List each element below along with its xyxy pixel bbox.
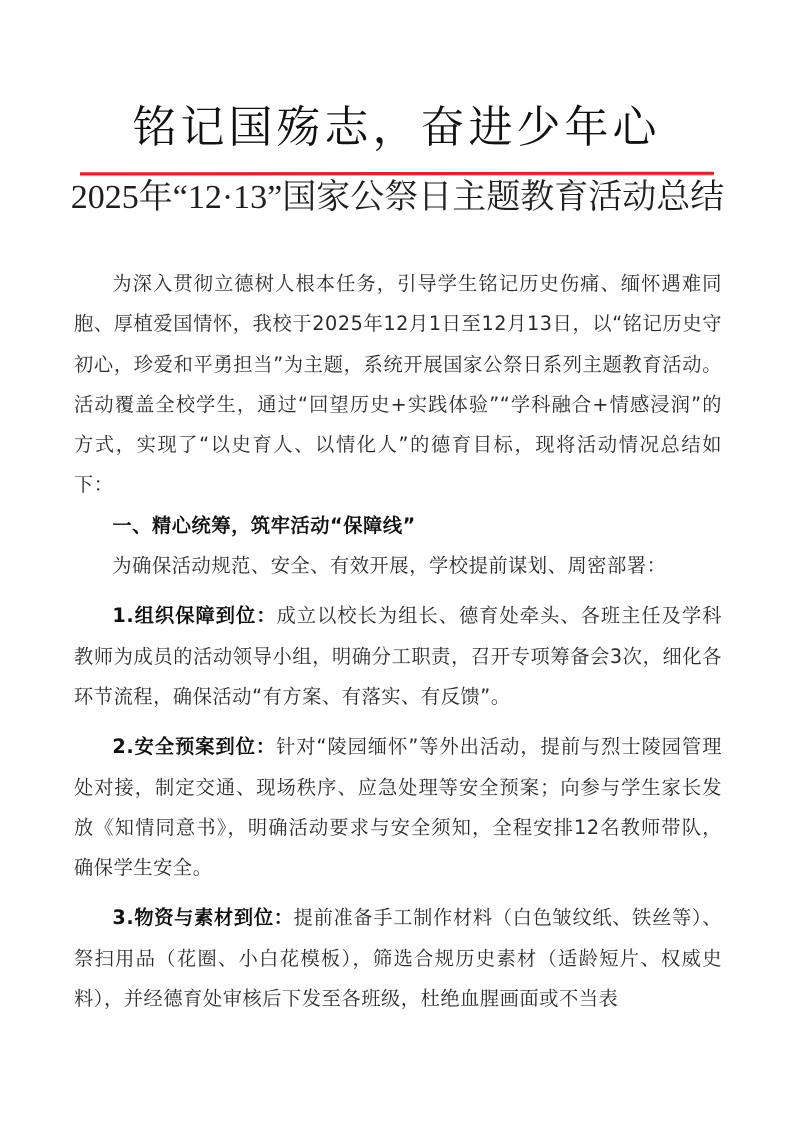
section-1-heading: 一、精心统筹，筑牢活动“保障线” (74, 506, 722, 546)
document-body: 为深入贯彻立德树人根本任务，引导学生铭记历史伤痛、缅怀遇难同胞、厚植爱国情怀，我… (74, 264, 722, 1019)
sub-title: 2025年“12·13”国家公祭日主题教育活动总结 (70, 174, 725, 222)
document-page: 铭记国殇志，奋进少年心 2025年“12·13”国家公祭日主题教育活动总结 为深… (0, 0, 793, 1122)
item-2-lead: 2.安全预案到位： (112, 735, 276, 758)
item-3-paragraph: 3.物资与素材到位：提前准备手工制作材料（白色皱纹纸、铁丝等）、祭扫用品（花圈、… (74, 898, 722, 1019)
section-1-intro: 为确保活动规范、安全、有效开展，学校提前谋划、周密部署： (74, 546, 722, 586)
intro-paragraph: 为深入贯彻立德树人根本任务，引导学生铭记历史伤痛、缅怀遇难同胞、厚植爱国情怀，我… (74, 264, 722, 506)
item-2-paragraph: 2.安全预案到位：针对“陵园缅怀”等外出活动，提前与烈士陵园管理处对接，制定交通… (74, 727, 722, 888)
item-1-lead: 1.组织保障到位： (112, 604, 276, 627)
main-title: 铭记国殇志，奋进少年心 (0, 98, 793, 158)
item-3-lead: 3.物资与素材到位： (112, 906, 293, 929)
item-1-paragraph: 1.组织保障到位：成立以校长为组长、德育处牵头、各班主任及学科教师为成员的活动领… (74, 596, 722, 717)
